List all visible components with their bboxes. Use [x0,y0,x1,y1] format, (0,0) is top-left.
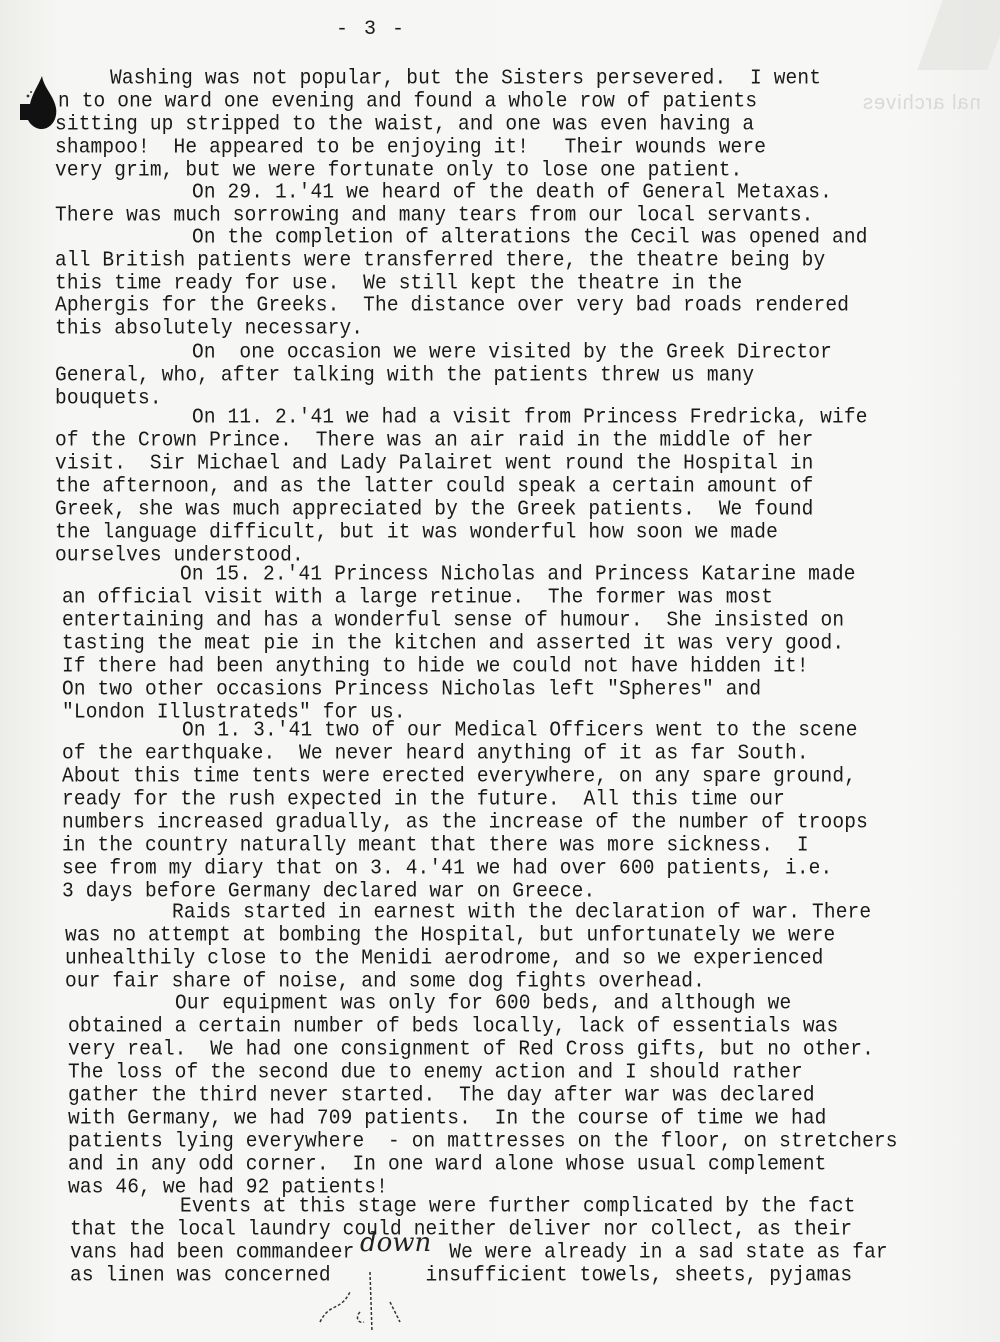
text-line: an official visit with a large retinue. … [62,585,773,609]
text-line: Washing was not popular, but the Sisters… [110,66,821,90]
text-line: tasting the meat pie in the kitchen and … [62,631,844,655]
text-line: gather the third never started. The day … [68,1083,815,1107]
text-line: On one occasion we were visited by the G… [192,340,832,364]
text-line: ready for the rush expected in the futur… [62,787,785,811]
text-line: On 1. 3.'41 two of our Medical Officers … [182,718,858,742]
text-line: the afternoon, and as the latter could s… [55,474,814,498]
text-line: n to one ward one evening and found a wh… [58,89,757,113]
text-line: General, who, after talking with the pat… [55,363,754,387]
text-line: Events at this stage were further compli… [180,1194,856,1218]
text-line: On 29. 1.'41 we heard of the death of Ge… [192,180,832,204]
text-line: sitting up stripped to the waist, and on… [55,112,754,136]
text-line: shampoo! He appeared to be enjoying it! … [55,135,766,159]
text-line: patients lying everywhere - on mattresse… [68,1129,898,1153]
text-line: very grim, but we were fortunate only to… [55,158,742,182]
text-line: Greek, she was much appreciated by the G… [55,497,814,521]
text-line: of the Crown Prince. There was an air ra… [55,428,814,452]
handwritten-annotation: down [360,1228,431,1258]
text-line: Raids started in earnest with the declar… [172,900,871,924]
page-number: - 3 - [336,18,406,41]
text-line: with Germany, we had 709 patients. In th… [68,1106,827,1130]
text-line: the language difficult, but it was wonde… [55,520,778,544]
text-line: On the completion of alterations the Cec… [192,225,868,249]
text-line: see from my diary that on 3. 4.'41 we ha… [62,856,832,880]
text-line: of the earthquake. We never heard anythi… [62,741,809,765]
text-line: On 15. 2.'41 Princess Nicholas and Princ… [180,562,856,586]
text-line: entertaining and has a wonderful sense o… [62,608,844,632]
text-line: Aphergis for the Greeks. The distance ov… [55,293,849,317]
text-line: On 11. 2.'41 we had a visit from Princes… [192,405,868,429]
text-line: On two other occasions Princess Nicholas… [62,677,761,701]
text-line: this absolutely necessary. [55,316,363,340]
text-line: and in any odd corner. In one ward alone… [68,1152,827,1176]
text-line: this time ready for use. We still kept t… [55,271,742,295]
text-line: that the local laundry could neither del… [70,1217,852,1241]
text-line: very real. We had one consignment of Red… [68,1037,874,1061]
text-line: About this time tents were erected every… [62,764,856,788]
text-line: was no attempt at bombing the Hospital, … [65,923,835,947]
text-line: as linen was concerned insufficient towe… [70,1263,852,1287]
text-line: in the country naturally meant that ther… [62,833,809,857]
showthrough-logo-shape [917,0,1000,70]
document-page: nal archives - 3 - Washing was not popul… [0,0,1000,1342]
text-line: vans had been commandeer We were already… [70,1240,888,1264]
handwritten-scribble-icon [300,1262,440,1342]
text-line: There was much sorrowing and many tears … [55,203,814,227]
text-line: The loss of the second due to enemy acti… [68,1060,803,1084]
text-line: visit. Sir Michael and Lady Palairet wen… [55,451,814,475]
showthrough-text: nal archives [862,92,981,115]
text-line: numbers increased gradually, as the incr… [62,810,868,834]
text-line: our fair share of noise, and some dog fi… [65,969,705,993]
text-line: bouquets. [55,386,162,410]
text-line: all British patients were transferred th… [55,248,825,272]
text-line: unhealthily close to the Menidi aerodrom… [65,946,824,970]
text-line: Our equipment was only for 600 beds, and… [175,991,791,1015]
text-line: obtained a certain number of beds locall… [68,1014,838,1038]
text-line: If there had been anything to hide we co… [62,654,809,678]
